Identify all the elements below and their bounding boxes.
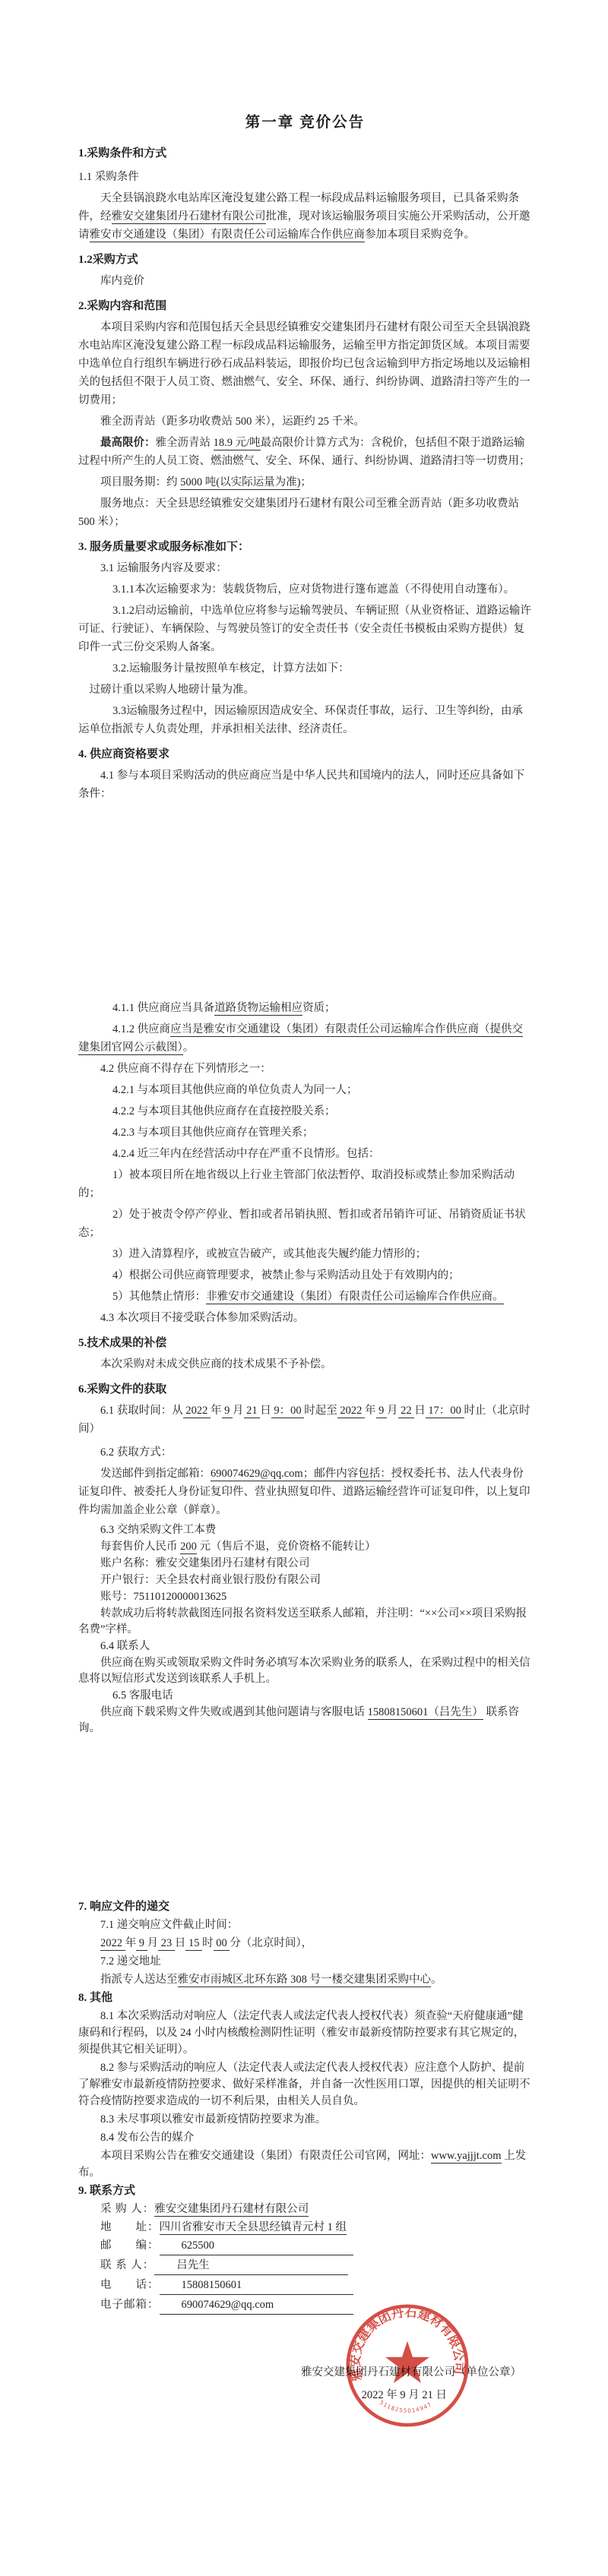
text-segment: 6.1 获取时间：从: [100, 1405, 183, 1417]
section-6-4-heading: 6.4 联系人: [78, 1639, 532, 1655]
text-segment: 雅安市交通建设（集团）有限责任公司运输库合作供应商: [90, 229, 366, 242]
purchase-conditions-paragraph: 天全县锅浪跷水电站库区淹没复建公路工程一标段成品料运输服务项目，已具备采购条件，…: [78, 189, 532, 244]
email-label: 电子邮箱：: [100, 2299, 160, 2311]
text-segment: 17：00: [426, 1405, 464, 1418]
weighing-rule-line: 过磅计重以采购人地磅计量为准。: [78, 681, 532, 699]
text-segment: www.yajjjt.com: [431, 2150, 502, 2164]
service-period-line: 项目服务期：约 5000 吨(以实际运量为准)；: [78, 473, 532, 491]
service-location-line: 服务地点：天全县思经镇雅安交建集团丹石建材有限公司至雅全沥青站（距多功收费站 5…: [78, 495, 532, 531]
text-segment: 9：00: [271, 1405, 305, 1418]
text-segment: 15808150601（吕先生）: [368, 1706, 483, 1720]
section-6-heading: 6.采购文件的获取: [78, 1380, 532, 1399]
text-segment: 供应商下载采购文件失败或遇到其他问题请与客服电话: [100, 1706, 368, 1718]
text-segment: 5）其他禁止情形：: [112, 1291, 206, 1303]
contact-purchaser-line: 采 购 人：雅安交建集团丹石建材有限公司: [78, 2201, 532, 2217]
text-segment: 2022: [100, 1937, 125, 1951]
document-fee-block: 6.3 交纳采购文件工本费 每套售价人民币 200 元（售后不退，竞价资格不能转…: [78, 1522, 532, 1737]
text-segment: 本项目采购公告在雅安交通建设（集团）有限责任公司官网，网址：: [100, 2150, 431, 2162]
text-segment: 年: [211, 1405, 222, 1417]
announcement-media-line: 本项目采购公告在雅安交通建设（集团）有限责任公司官网，网址：www.yajjjt…: [78, 2148, 532, 2181]
clause-3-3: 3.3运输服务过程中，因运输原因造成安全、环保责任事故，运行、卫生等纠纷，由承运…: [78, 702, 532, 738]
signature-date-line: 2022 年 9 月 21 日: [78, 2386, 447, 2404]
text-segment: 200: [180, 1541, 197, 1554]
account-name-line: 账户名称：雅安交建集团丹石建材有限公司: [78, 1556, 532, 1572]
clause-4-2-1: 4.2.1 与本项目其他供应商的单位负责人为同一人；: [78, 1081, 532, 1099]
text-segment: 时: [202, 1937, 214, 1949]
page-break-gap-2: [78, 1737, 532, 1897]
prohibited-item-1: 1）被本项目所在地省级以上行业主管部门依法暂停、取消投标或禁止参加采购活动的；: [78, 1166, 532, 1203]
text-segment: 690074629@qq.com；邮件内容包括：: [211, 1468, 391, 1481]
text-segment: 9: [376, 1405, 388, 1418]
text-segment: 4.1.1 供应商应当具备: [112, 1002, 214, 1014]
document-fee-line: 每套售价人民币 200 元（售后不退，竞价资格不能转让）: [78, 1539, 532, 1555]
signature-block: 雅安交建集团丹石建材有限公司（单位公章） 2022 年 9 月 21 日 雅安交…: [78, 2363, 532, 2404]
clause-3-1-1: 3.1.1本次运输要求为：装载货物后，应对货物进行篷布遮盖（不得使用自动篷布）。: [78, 580, 532, 599]
max-price-paragraph: 最高限价：雅全沥青站 18.9 元/吨最高限价计算方式为：含税价，包括但不限于道…: [78, 434, 532, 470]
text-segment: 18.9 元/吨: [214, 437, 261, 450]
compensation-text: 本次采购对未成交供应商的技术成果不予补偿。: [78, 1355, 532, 1373]
text-segment: 2022: [183, 1405, 211, 1418]
text-segment: 资质；: [302, 1002, 336, 1014]
text-segment: 月: [147, 1937, 159, 1949]
contact-phone-line: 电 话：15808150601: [78, 2277, 532, 2295]
section-9-heading: 9. 联系方式: [78, 2182, 532, 2199]
text-segment: 00: [214, 1937, 230, 1951]
section-6-3-heading: 6.3 交纳采购文件工本费: [78, 1522, 532, 1538]
text-segment: 年: [365, 1405, 376, 1417]
contact-email-line: 电子邮箱：690074629@qq.com: [78, 2296, 532, 2315]
clause-4-1-2: 4.1.2 供应商应当是雅安市交通建设（集团）有限责任公司运输库合作供应商（提供…: [78, 1020, 532, 1057]
text-segment: 最高限价：: [100, 437, 156, 449]
text-segment: 发送邮件到指定邮箱：: [100, 1468, 211, 1480]
text-segment: 雅安交建集团丹石建材有限公司: [112, 210, 266, 224]
text-segment: 雅全沥青站: [156, 437, 214, 449]
contact-person-note: 供应商在购买或领取采购文件时务必填写本次采购业务的联系人，在采购过程中的相关信息…: [78, 1655, 532, 1687]
text-segment: 。: [183, 1041, 195, 1054]
postcode-value: 625500: [160, 2237, 353, 2255]
purchase-method-text: 库内竞价: [78, 272, 532, 290]
clause-4-2-2: 4.2.2 与本项目其他供应商存在直接控股关系；: [78, 1102, 532, 1120]
page-break-gap-1: [78, 806, 532, 996]
prohibited-item-4: 4）根据公司供应商管理要求，被禁止参与采购活动且处于有效期内的；: [78, 1266, 532, 1285]
contact-address-line: 地 址：四川省雅安市天全县思经镇青元村 1 组: [78, 2219, 532, 2236]
text-segment: 2022: [337, 1405, 365, 1418]
service-phone-line: 供应商下载采购文件失败或遇到其他问题请与客服电话 15808150601（吕先生…: [78, 1705, 532, 1737]
text-segment: 21: [244, 1405, 261, 1418]
text-segment: 15: [185, 1937, 202, 1951]
document-page: 第一章 竞价公告 1.采购条件和方式 1.1 采购条件 天全县锅浪跷水电站库区淹…: [0, 0, 608, 2576]
text-segment: 时起至: [304, 1405, 337, 1417]
signature-company-line: 雅安交建集团丹石建材有限公司（单位公章）: [78, 2363, 521, 2382]
text-segment: 日: [414, 1405, 426, 1417]
contact-postcode-line: 邮 编：625500: [78, 2237, 532, 2255]
text-segment: 23: [158, 1937, 175, 1951]
text-segment: 道路货物运输相应: [214, 1002, 302, 1016]
section-7-heading: 7. 响应文件的递交: [78, 1898, 532, 1915]
prohibited-item-5: 5）其他禁止情形：非雅安市交通建设（集团）有限责任公司运输库合作供应商。: [78, 1288, 532, 1306]
clause-4-2-3: 4.2.3 与本项目其他供应商存在管理关系；: [78, 1124, 532, 1142]
text-segment: 指派专人送达至: [100, 1974, 178, 1986]
email-submission-paragraph: 发送邮件到指定邮箱：690074629@qq.com；邮件内容包括：授权委托书、…: [78, 1465, 532, 1519]
deadline-date-line: 2022 年 9 月 23 日 15 时 00 分（北京时间），: [78, 1935, 532, 1952]
section-2-heading: 2.采购内容和范围: [78, 297, 532, 315]
clause-4-1: 4.1 参与本项目采购活动的供应商应当是中华人民共和国境内的法人，同时还应具备如…: [78, 766, 532, 803]
text-segment: 分（北京时间），: [230, 1937, 312, 1949]
text-segment: 月: [233, 1405, 244, 1417]
clause-8-1: 8.1 本次采购活动对响应人（法定代表人或法定代表人授权代表）须查验“天府健康通…: [78, 2008, 532, 2058]
purchaser-value: 雅安交建集团丹石建材有限公司: [154, 2203, 309, 2217]
text-segment: ；: [300, 476, 312, 488]
clause-3-1-2: 3.1.2启动运输前，中选单位应将参与运输驾驶员、车辆证照（从业资格证、道路运输…: [78, 602, 532, 656]
section-6-2-heading: 6.2 获取方式：: [78, 1443, 532, 1462]
phone-label: 电 话：: [100, 2279, 160, 2291]
section-5-heading: 5.技术成果的补偿: [78, 1334, 532, 1352]
section-3-heading: 3. 服务质量要求或服务标准如下：: [78, 538, 532, 556]
text-segment: 4.1.2 供应商: [112, 1023, 170, 1035]
section-8-heading: 8. 其他: [78, 1990, 532, 2006]
text-segment: 9: [222, 1405, 233, 1418]
section-1-1-heading: 1.1 采购条件: [78, 168, 532, 186]
postcode-label: 邮 编：: [100, 2239, 160, 2252]
section-1-2-heading: 1.2采购方式: [78, 251, 532, 269]
clause-8-2: 8.2 参与采购活动的响应人（法定代表人或法定代表人授权代表）应注意个人防护、提…: [78, 2059, 532, 2110]
email-value: 690074629@qq.com: [160, 2296, 353, 2315]
obtain-time-line: 6.1 获取时间：从 2022 年 9 月 21 日 9：00 时起至 2022…: [78, 1402, 532, 1438]
clause-4-2-4: 4.2.4 近三年内在经营活动中存在严重不良情形。包括：: [78, 1145, 532, 1163]
clause-8-3: 8.3 未尽事项以雅安市最新疫情防控要求为准。: [78, 2111, 532, 2128]
document-title: 第一章 竞价公告: [78, 114, 532, 132]
prohibited-item-2: 2）处于被责令停产停业、暂扣或者吊销执照、暂扣或者吊销许可证、吊销资质证书状态；: [78, 1206, 532, 1242]
text-segment: 每套售价人民币: [100, 1541, 180, 1553]
clause-4-2-heading: 4.2 供应商不得存在下列情形之一：: [78, 1060, 532, 1078]
station-distance-line: 雅全沥青站（距多功收费站 500 米），运距约 25 千米。: [78, 412, 532, 431]
contact-person-line: 联 系 人：吕先生: [78, 2257, 532, 2275]
scope-paragraph: 本项目采购内容和范围包括天全县思经镇雅安交建集团丹石建材有限公司至天全县锅浪跷水…: [78, 318, 532, 409]
text-segment: 元（售后不退，竞价资格不能转让）: [197, 1541, 376, 1553]
text-segment: 年: [125, 1937, 137, 1949]
text-segment: 22: [398, 1405, 415, 1418]
prohibited-item-3: 3）进入清算程序，或被宣告破产，或其他丧失履约能力情形的；: [78, 1245, 532, 1263]
clause-7-2-heading: 7.2 递交地址: [78, 1953, 532, 1970]
contact-person-value: 吕先生: [154, 2257, 348, 2275]
address-label: 地 址：: [100, 2221, 160, 2233]
clause-4-1-1: 4.1.1 供应商应当具备道路货物运输相应资质；: [78, 999, 532, 1017]
clause-4-3: 4.3 本次项目不接受联合体参加采购活动。: [78, 1309, 532, 1327]
document-content: 第一章 竞价公告 1.采购条件和方式 1.1 采购条件 天全县锅浪跷水电站库区淹…: [0, 0, 608, 2404]
section-4-heading: 4. 供应商资格要求: [78, 745, 532, 763]
text-segment: 参加本项目采购竞争。: [365, 229, 475, 241]
text-segment: 月: [387, 1405, 398, 1417]
contact-person-label: 联 系 人：: [100, 2259, 154, 2271]
text-segment: 9: [136, 1937, 147, 1951]
clause-7-1-heading: 7.1 递交响应文件截止时间：: [78, 1917, 532, 1933]
bank-name-line: 开户银行：天全县农村商业银行股份有限公司: [78, 1572, 532, 1588]
phone-value: 15808150601: [160, 2277, 353, 2295]
account-number-line: 账号：75110120000013625: [78, 1589, 532, 1605]
text-segment: 5000 吨(以实际运量为准): [180, 476, 300, 490]
text-segment: 项目服务期：约: [100, 476, 180, 488]
purchaser-label: 采 购 人：: [100, 2203, 154, 2215]
text-segment: 。: [431, 1974, 442, 1986]
text-segment: 日: [260, 1405, 271, 1417]
section-3-1-heading: 3.1 运输服务内容及要求：: [78, 559, 532, 577]
section-1-heading: 1.采购条件和方式: [78, 144, 532, 163]
clause-3-2: 3.2.运输服务计量按照单车核定，计算方法如下：: [78, 659, 532, 678]
address-value: 四川省雅安市天全县思经镇青元村 1 组: [160, 2221, 347, 2235]
transfer-note-paragraph: 转款成功后将转款截图连同报名资料发送至联系人邮箱，并注明：“××公司××项目采购…: [78, 1606, 532, 1638]
clause-8-4-heading: 8.4 发布公告的媒介: [78, 2129, 532, 2146]
section-6-5-heading: 6.5 客服电话: [78, 1688, 532, 1704]
text-segment: 日: [175, 1937, 186, 1949]
text-segment: 非雅安市交通建设（集团）有限责任公司运输库合作供应商。: [206, 1291, 504, 1304]
sections-7-8-9: 7. 响应文件的递交 7.1 递交响应文件截止时间： 2022 年 9 月 23…: [78, 1898, 532, 2315]
delivery-address-line: 指派专人送达至雅安市雨城区北环东路 308 号一楼交建集团采购中心。: [78, 1971, 532, 1988]
text-segment: 雅安市雨城区北环东路 308 号一楼交建集团采购中心: [178, 1974, 432, 1987]
